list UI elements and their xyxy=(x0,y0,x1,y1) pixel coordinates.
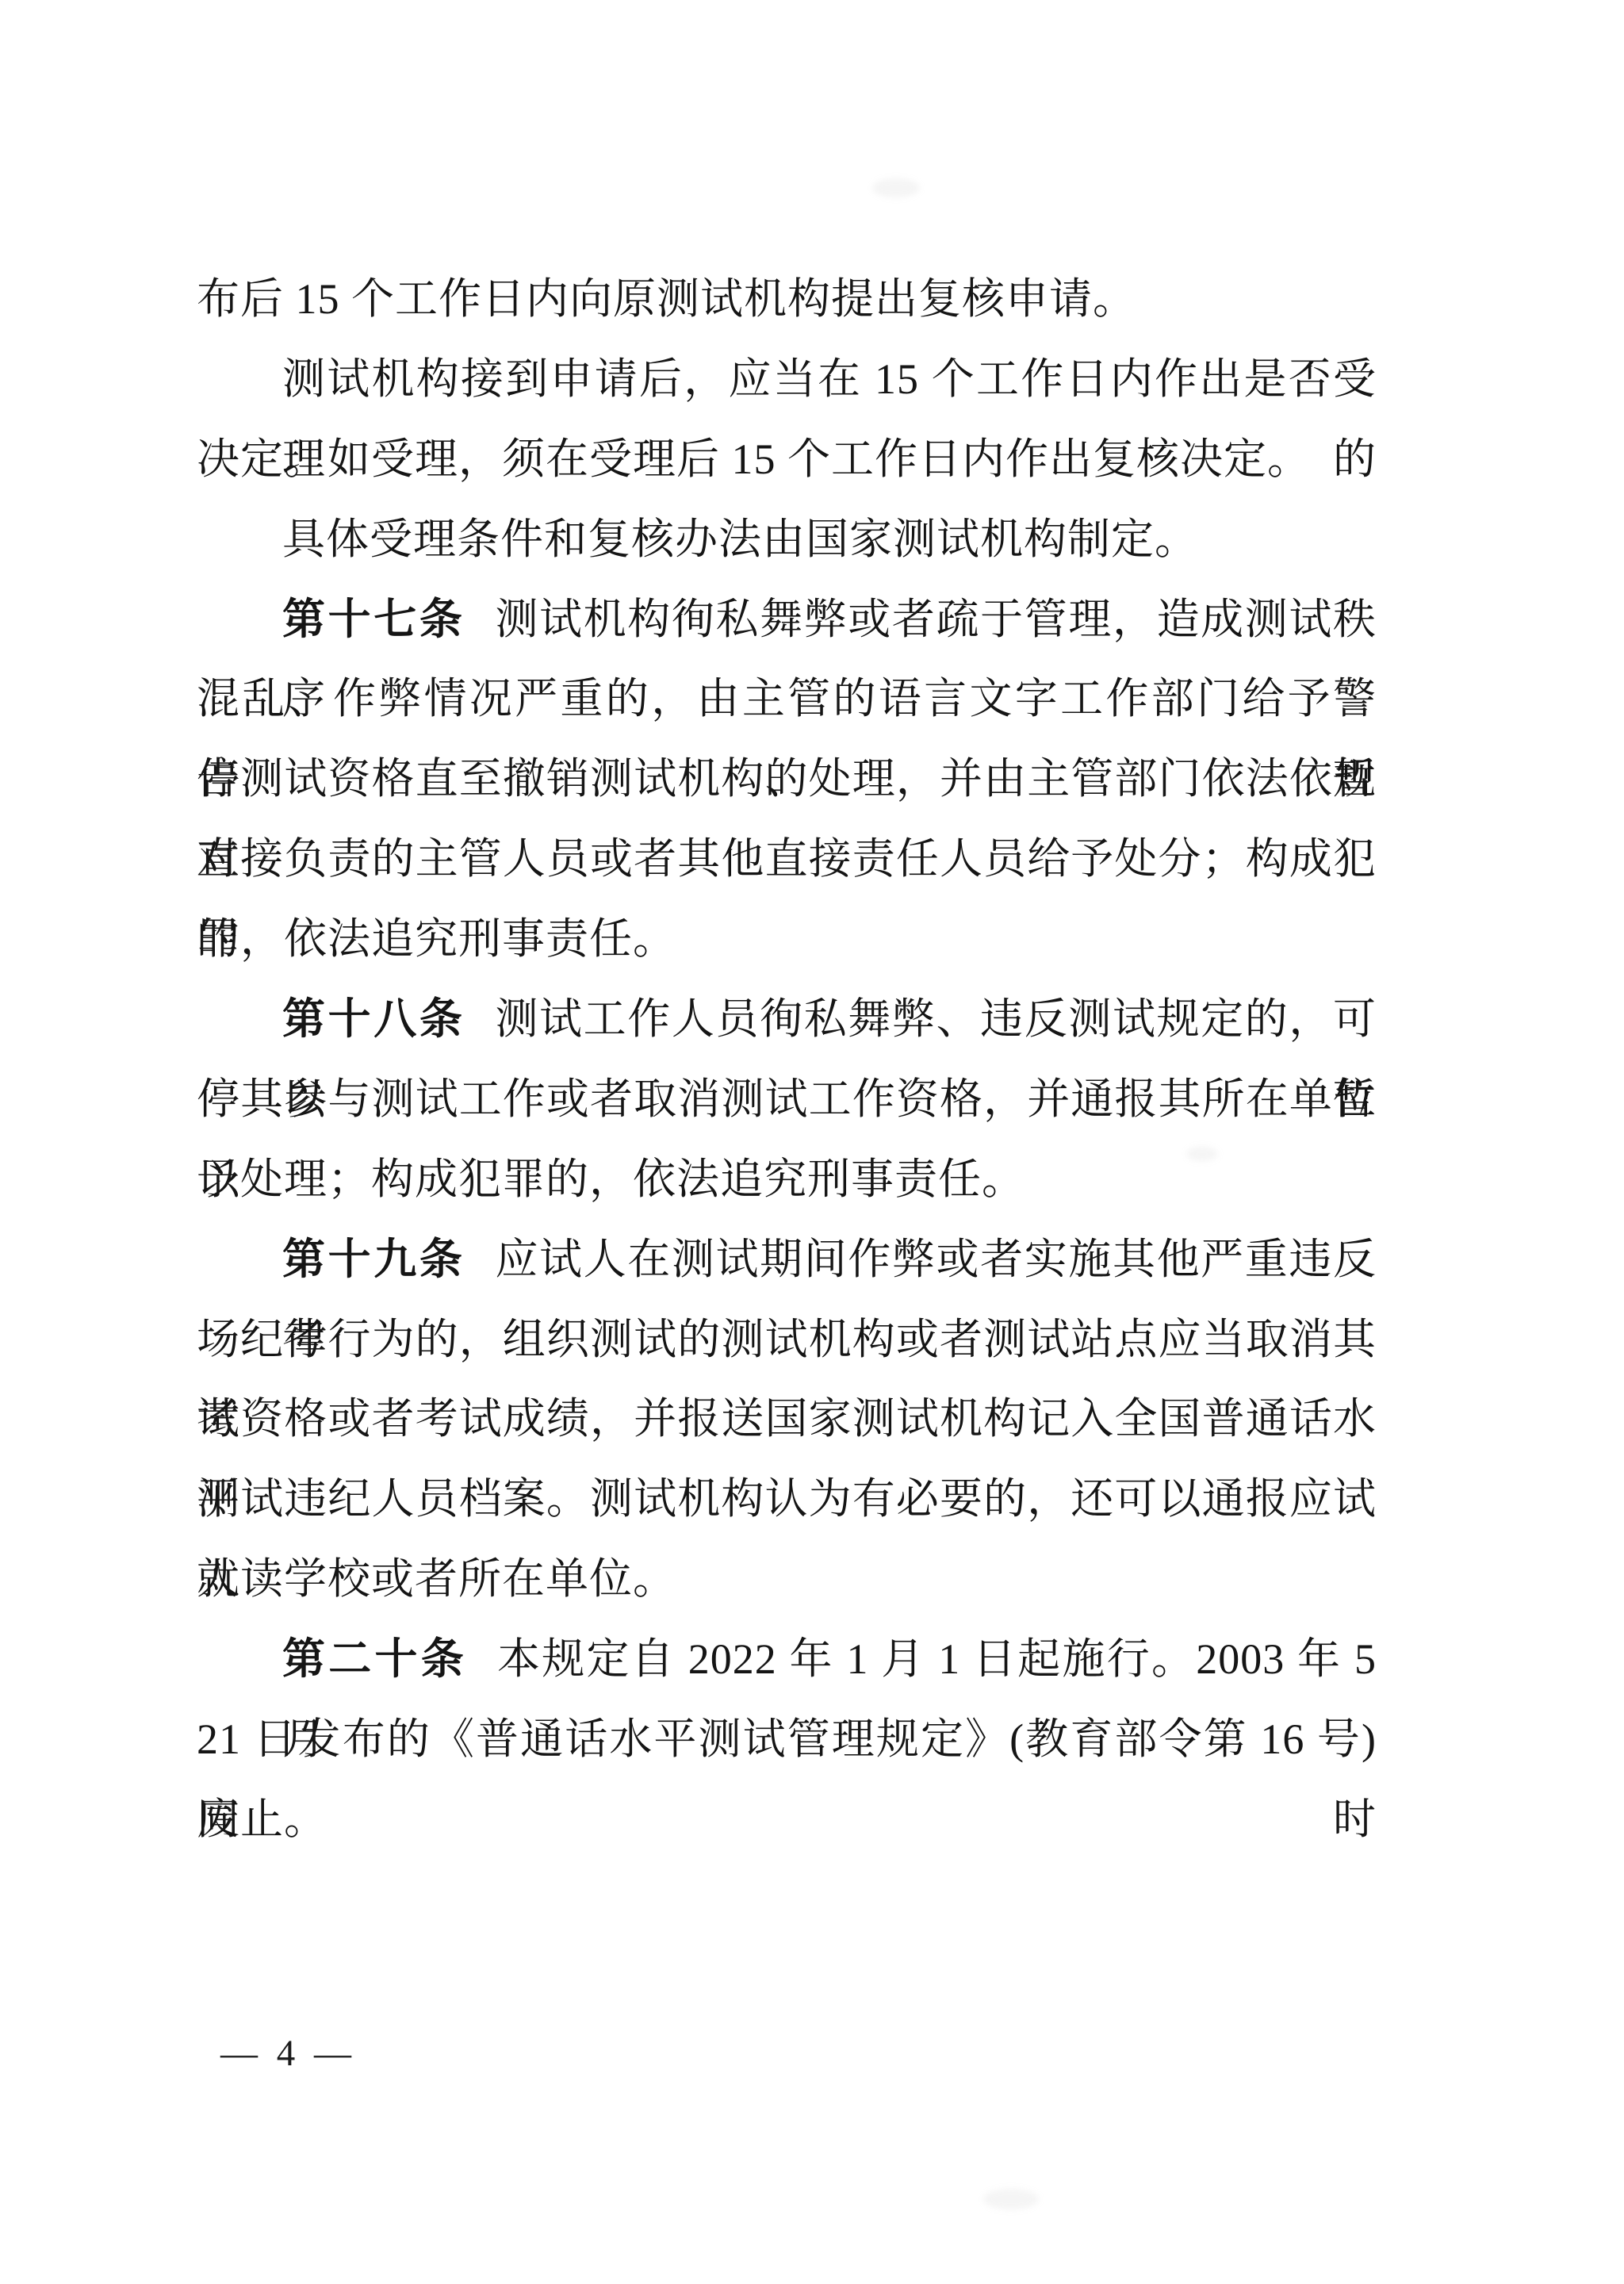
text-line: 具体受理条件和复核办法由国家测试机构制定。 xyxy=(197,500,1377,580)
article-line: 第十八条测试工作人员徇私舞弊、违反测试规定的，可以暂 xyxy=(197,979,1377,1060)
scan-artifact xyxy=(983,2189,1039,2209)
text-line: 21 日发布的《普通话水平测试管理规定》(教育部令第 16 号)同时 xyxy=(197,1700,1377,1780)
line-text: 决定。如受理，须在受理后 15 个工作日内作出复核决定。 xyxy=(197,435,1311,483)
line-text: 以处理；构成犯罪的，依法追究刑事责任。 xyxy=(197,1155,1025,1203)
line-text: 的，依法追究刑事责任。 xyxy=(197,915,676,963)
text-line: 直接负责的主管人员或者其他直接责任人员给予处分；构成犯罪 xyxy=(197,819,1377,899)
line-text: 具体受理条件和复核办法由国家测试机构制定。 xyxy=(282,515,1198,563)
line-text: 就读学校或者所在单位。 xyxy=(197,1555,676,1603)
line-text: 废止。 xyxy=(197,1795,327,1843)
scan-artifact xyxy=(872,178,920,197)
text-line: 测试违纪人员档案。测试机构认为有必要的，还可以通报应试人 xyxy=(197,1459,1377,1539)
text-line: 停其参与测试工作或者取消测试工作资格，并通报其所在单位予 xyxy=(197,1060,1377,1140)
text-line: 场纪律行为的，组织测试的测试机构或者测试站点应当取消其考 xyxy=(197,1300,1377,1380)
text-line: 测试机构接到申请后，应当在 15 个工作日内作出是否受理的 xyxy=(197,339,1377,420)
text-line: 决定。如受理，须在受理后 15 个工作日内作出复核决定。 xyxy=(197,420,1377,500)
text-line: 就读学校或者所在单位。 xyxy=(197,1539,1377,1619)
article-number: 第十七条 xyxy=(282,596,465,643)
article-number: 第十九条 xyxy=(282,1236,465,1283)
document-text-block: 布后 15 个工作日内向原测试机构提出复核申请。测试机构接到申请后，应当在 15… xyxy=(197,259,1377,1860)
line-text: 21 日发布的《普通话水平测试管理规定》(教育部令第 16 号)同时 xyxy=(197,1715,1377,1843)
document-page: 布后 15 个工作日内向原测试机构提出复核申请。测试机构接到申请后，应当在 15… xyxy=(0,0,1624,2284)
text-line: 的，依法追究刑事责任。 xyxy=(197,899,1377,979)
text-line: 布后 15 个工作日内向原测试机构提出复核申请。 xyxy=(197,259,1377,339)
article-line: 第十七条测试机构徇私舞弊或者疏于管理，造成测试秩序 xyxy=(197,580,1377,660)
text-line: 试资格或者考试成绩，并报送国家测试机构记入全国普通话水平 xyxy=(197,1379,1377,1459)
scan-artifact xyxy=(1186,1147,1218,1161)
article-number: 第二十条 xyxy=(282,1635,467,1683)
page-number: — 4 — xyxy=(220,2032,356,2075)
text-line: 混乱、作弊情况严重的，由主管的语言文字工作部门给予警告、暂 xyxy=(197,659,1377,739)
line-text: 布后 15 个工作日内向原测试机构提出复核申请。 xyxy=(197,275,1136,323)
text-line: 停测试资格直至撤销测试机构的处理，并由主管部门依法依规对 xyxy=(197,739,1377,819)
article-line: 第二十条本规定自 2022 年 1 月 1 日起施行。2003 年 5 月 xyxy=(197,1619,1377,1700)
article-line: 第十九条应试人在测试期间作弊或者实施其他严重违反考 xyxy=(197,1220,1377,1300)
article-number: 第十八条 xyxy=(282,995,465,1043)
